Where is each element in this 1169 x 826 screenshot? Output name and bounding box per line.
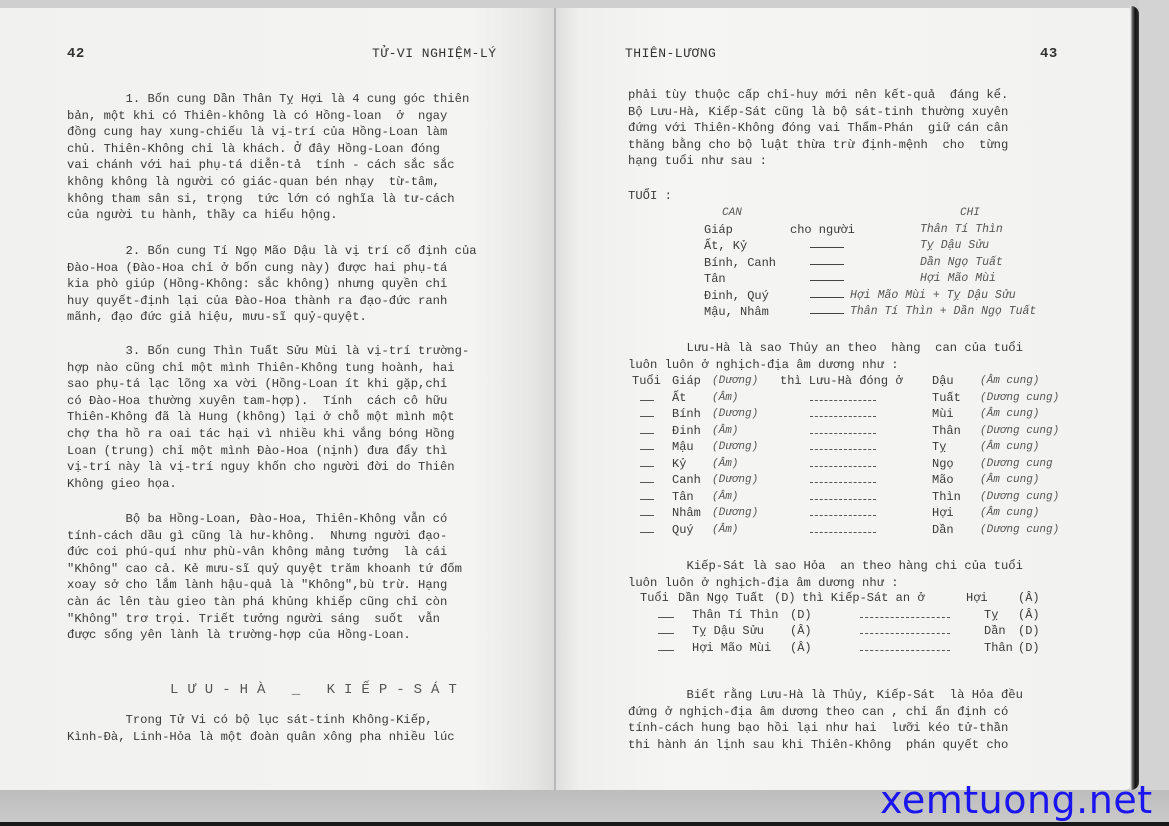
ditto-line	[860, 650, 950, 651]
ditto-line	[860, 617, 950, 618]
ditto-dash	[640, 499, 654, 500]
cung-type-cell: (Â)	[1018, 607, 1040, 624]
ditto-line	[810, 532, 876, 533]
luu-ha-row: Kỷ(Âm)Ngọ(Dương cung	[632, 456, 1072, 473]
cung-type-cell: (D)	[1018, 640, 1040, 657]
right-running-head: THIÊN-LƯƠNG	[625, 46, 716, 61]
right-intro: phải tùy thuộc cấp chỉ-huy mới nên kết-q…	[628, 87, 1008, 170]
luu-ha-row: Nhâm(Dương)Hợi(Âm cung)	[632, 505, 1072, 522]
can-chi-table: CAN CHI Giápcho ngườiThân Tí ThìnẤt, KỷT…	[620, 205, 1080, 321]
kiep-sat-table: Tuổi Dần Ngọ Tuất (D) thì Kiếp-Sát an ở …	[634, 590, 1074, 656]
chi-cell: Hợi Mão Mùi	[692, 640, 771, 657]
can-cell: Mậu, Nhâm	[704, 304, 769, 321]
watermark-link[interactable]: xemtuong.net	[880, 778, 1153, 822]
cung-cell: Mùi	[932, 406, 954, 423]
luu-ha-row: Canh(Dương)Mão(Âm cung)	[632, 472, 1072, 489]
chi-cell: Tỵ Dậu Sửu	[920, 238, 989, 255]
cung-type-cell: (Âm cung)	[980, 505, 1039, 522]
can-chi-row: TânHợi Mão Mùi	[620, 271, 1080, 288]
kiep-sat-intro: Kiếp-Sát là sao Hỏa an theo hàng chi của…	[628, 558, 1023, 591]
cung-cell: Thìn	[932, 489, 961, 506]
can-cell: Đinh	[672, 423, 701, 440]
cung-type-cell: (Dương cung)	[980, 390, 1059, 407]
can-cell: Kỷ	[672, 456, 686, 473]
connector-text: cho người	[790, 222, 855, 239]
cung-cell: Dần	[932, 522, 954, 539]
can-cell: Tân	[704, 271, 726, 288]
cung-cell: Dần	[984, 623, 1006, 640]
luu-ha-intro: Lưu-Hà là sao Thủy an theo hàng can của …	[628, 340, 1023, 373]
polarity-cell: (D)	[790, 607, 812, 624]
scan-right-border	[1139, 0, 1169, 790]
can-cell: Đinh, Quý	[704, 288, 769, 305]
closing-paragraph: Biết rằng Lưu-Hà là Thủy, Kiếp-Sát là Hỏ…	[628, 687, 1023, 753]
cung-cell: Mão	[932, 472, 954, 489]
page-edge-shadow	[1130, 6, 1139, 790]
left-running-head: TỬ-VI NGHIỆM-LÝ	[372, 46, 497, 61]
left-paragraph-1: 1. Bốn cung Dần Thân Tỵ Hợi là 4 cung gó…	[67, 91, 469, 224]
ditto-line	[810, 449, 876, 450]
chi-header: CHI	[960, 205, 980, 222]
ditto-dash	[640, 466, 654, 467]
can-chi-header: CAN CHI	[620, 205, 1080, 222]
can-cell: Ất	[672, 390, 686, 407]
polarity-cell: (Â)	[790, 623, 812, 640]
can-cell: Mậu	[672, 439, 694, 456]
cung-cell: Ngọ	[932, 456, 954, 473]
kiep-sat-row: Hợi Mão Mùi(Â)Thân(D)	[634, 640, 1074, 657]
cung-type-cell: (Dương cung)	[980, 522, 1059, 539]
dash-line	[810, 247, 844, 248]
ditto-line	[810, 400, 876, 401]
cung-type-cell: (Âm cung)	[980, 472, 1039, 489]
kiep-sat-first-row: Tuổi Dần Ngọ Tuất (D) thì Kiếp-Sát an ở …	[634, 590, 1074, 607]
luu-ha-row: Tân(Âm)Thìn(Dương cung)	[632, 489, 1072, 506]
luu-ha-first-row: Tuổi Giáp (Dương) thì Lưu-Hà đóng ở Dậu …	[632, 373, 1072, 390]
luu-ha-row: Mậu(Dương)Tỵ(Âm cung)	[632, 439, 1072, 456]
chi-cell: Thân Tí Thìn + Dần Ngọ Tuất	[850, 304, 1036, 321]
can-cell: Tân	[672, 489, 694, 506]
ditto-dash	[640, 532, 654, 533]
ditto-line	[810, 499, 876, 500]
ditto-line	[810, 416, 876, 417]
cung-type-cell: (Dương cung)	[980, 423, 1059, 440]
section-title: LƯU-HÀ _ KIẾP-SÁT	[170, 682, 466, 698]
can-chi-row: Ất, KỷTỵ Dậu Sửu	[620, 238, 1080, 255]
ditto-dash	[658, 633, 674, 634]
polarity-cell: (Âm)	[712, 489, 738, 506]
ditto-dash	[640, 449, 654, 450]
ditto-dash	[640, 515, 654, 516]
polarity-cell: (Âm)	[712, 423, 738, 440]
ditto-dash	[640, 482, 654, 483]
right-page-number: 43	[1040, 46, 1058, 62]
ditto-dash	[640, 416, 654, 417]
luu-ha-table: Tuổi Giáp (Dương) thì Lưu-Hà đóng ở Dậu …	[632, 373, 1072, 538]
can-cell: Bính, Canh	[704, 255, 776, 272]
chi-cell: Thân Tí Thìn	[692, 607, 778, 624]
dash-line	[810, 280, 844, 281]
chi-cell: Tỵ Dậu Sửu	[692, 623, 764, 640]
cung-type-cell: (Âm cung)	[980, 439, 1039, 456]
can-chi-row: Đinh, QuýHợi Mão Mùi + Tỵ Dậu Sửu	[620, 288, 1080, 305]
luu-ha-row: Ất(Âm)Tuất(Dương cung)	[632, 390, 1072, 407]
cung-cell: Thân	[932, 423, 961, 440]
section-text: Trong Tử Vi có bộ lục sát-tinh Không-Kiế…	[67, 712, 455, 745]
polarity-cell: (Dương)	[712, 406, 758, 423]
cung-type-cell: (Dương cung	[980, 456, 1053, 473]
kiep-sat-row: Tỵ Dậu Sửu(Â)Dần(D)	[634, 623, 1074, 640]
ditto-line	[810, 466, 876, 467]
polarity-cell: (Â)	[790, 640, 812, 657]
cung-type-cell: (D)	[1018, 623, 1040, 640]
can-chi-row: Mậu, NhâmThân Tí Thìn + Dần Ngọ Tuất	[620, 304, 1080, 321]
cung-cell: Tỵ	[984, 607, 998, 624]
scan-top-border	[0, 0, 1169, 8]
can-header: CAN	[722, 205, 742, 222]
cung-cell: Tỵ	[932, 439, 946, 456]
cung-cell: Thân	[984, 640, 1013, 657]
can-cell: Giáp	[704, 222, 733, 239]
polarity-cell: (Dương)	[712, 439, 758, 456]
can-chi-row: Giápcho ngườiThân Tí Thìn	[620, 222, 1080, 239]
ditto-line	[810, 482, 876, 483]
ditto-dash	[640, 400, 654, 401]
luu-ha-row: Quý(Âm)Dần(Dương cung)	[632, 522, 1072, 539]
can-cell: Bính	[672, 406, 701, 423]
left-page-number: 42	[67, 46, 85, 62]
chi-cell: Hợi Mão Mùi	[920, 271, 996, 288]
kiep-sat-row: Thân Tí Thìn(D)Tỵ(Â)	[634, 607, 1074, 624]
polarity-cell: (Dương)	[712, 505, 758, 522]
chi-cell: Dần Ngọ Tuất	[920, 255, 1003, 272]
ditto-line	[810, 433, 876, 434]
can-chi-row: Bính, CanhDần Ngọ Tuất	[620, 255, 1080, 272]
cung-cell: Hợi	[932, 505, 954, 522]
cung-type-cell: (Dương cung)	[980, 489, 1059, 506]
dash-line	[810, 313, 844, 314]
ditto-dash	[658, 617, 674, 618]
left-paragraph-3: 3. Bốn cung Thìn Tuất Sửu Mùi là vị-trí …	[67, 343, 469, 492]
dash-line	[810, 297, 844, 298]
polarity-cell: (Dương)	[712, 472, 758, 489]
chi-cell: Thân Tí Thìn	[920, 222, 1003, 239]
cung-cell: Tuất	[932, 390, 961, 407]
left-paragraph-4: Bộ ba Hồng-Loan, Đào-Hoa, Thiên-Không vẫ…	[67, 511, 462, 644]
scan-bottom-edge	[0, 822, 1169, 826]
polarity-cell: (Âm)	[712, 390, 738, 407]
can-cell: Ất, Kỷ	[704, 238, 747, 255]
can-cell: Canh	[672, 472, 701, 489]
left-paragraph-2: 2. Bốn cung Tí Ngọ Mão Dậu là vị trí cố …	[67, 243, 477, 326]
ditto-dash	[640, 433, 654, 434]
can-cell: Quý	[672, 522, 694, 539]
ditto-line	[860, 633, 950, 634]
luu-ha-row: Bính(Dương)Mùi(Âm cung)	[632, 406, 1072, 423]
chi-cell: Hợi Mão Mùi + Tỵ Dậu Sửu	[850, 288, 1016, 305]
cung-type-cell: (Âm cung)	[980, 406, 1039, 423]
polarity-cell: (Âm)	[712, 456, 738, 473]
ditto-line	[810, 515, 876, 516]
dash-line	[810, 264, 844, 265]
can-cell: Nhâm	[672, 505, 701, 522]
luu-ha-row: Đinh(Âm)Thân(Dương cung)	[632, 423, 1072, 440]
polarity-cell: (Âm)	[712, 522, 738, 539]
ditto-dash	[658, 650, 674, 651]
tuoi-label: TUỔI :	[628, 188, 672, 205]
